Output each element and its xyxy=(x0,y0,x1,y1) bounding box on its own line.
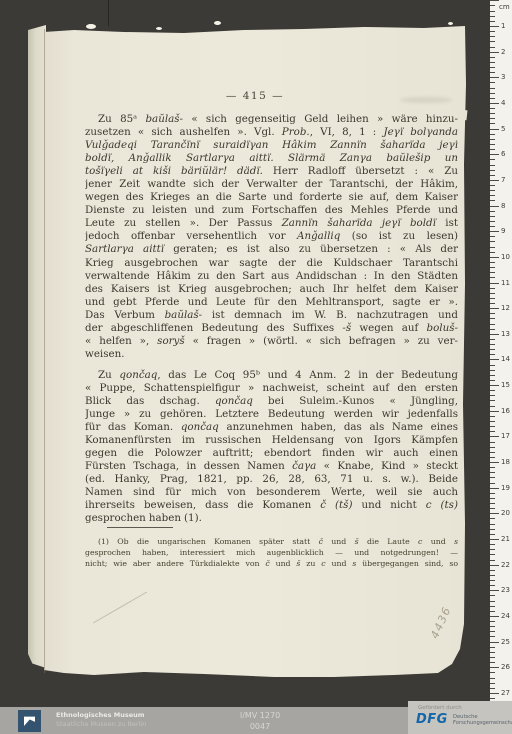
ruler-tick xyxy=(490,534,495,535)
ruler-tick xyxy=(490,180,499,181)
ruler-tick xyxy=(490,21,495,22)
ruler-number: 18 xyxy=(501,458,510,466)
ruler-number: 1 xyxy=(501,22,505,30)
ruler-tick xyxy=(490,185,495,186)
ruler-number: 23 xyxy=(501,586,510,594)
ruler-number: 26 xyxy=(501,663,510,671)
ruler-number: 27 xyxy=(501,689,510,697)
ruler-tick xyxy=(490,375,495,376)
ruler-number: 20 xyxy=(501,509,510,517)
ruler-tick xyxy=(490,698,495,699)
ruler-tick xyxy=(490,436,499,437)
ruler-tick xyxy=(490,554,495,555)
text-line: nicht; wie aber andere Türkdialekte von … xyxy=(85,558,458,569)
ruler-tick xyxy=(490,277,495,278)
footnote: (1) Ob die ungarischen Komanen später st… xyxy=(85,536,458,570)
ruler-number: 25 xyxy=(501,638,510,646)
page-gutter-crease xyxy=(44,29,45,673)
ink-smudge xyxy=(400,97,452,103)
text-line: gesprochen haben, interessiert mich auge… xyxy=(85,547,458,558)
ruler-tick xyxy=(490,359,499,360)
ruler-tick xyxy=(490,631,495,632)
ruler-tick xyxy=(490,667,499,668)
funding-label: Gefördert durch xyxy=(418,705,462,711)
ruler-tick xyxy=(490,123,495,124)
dfg-org-line2: Forschungsgemeinschaft xyxy=(453,720,512,726)
text-line: zusetzen « sich aushelfen ». Vgl. Prob.,… xyxy=(85,126,458,139)
text-line: Sartlarγa aittï geraten; es ist also zu … xyxy=(85,243,458,256)
ruler-tick xyxy=(490,472,495,473)
museum-name: Ethnologisches Museum xyxy=(56,711,145,719)
ruler-tick xyxy=(490,11,495,12)
ruler-tick xyxy=(490,672,495,673)
ruler-tick xyxy=(490,67,495,68)
ruler-tick xyxy=(490,82,495,83)
ruler-tick xyxy=(490,606,495,607)
text-line: der abgeschliffenen Bedeutung des Suffix… xyxy=(85,322,458,335)
ruler-tick xyxy=(490,565,499,566)
ruler-tick xyxy=(490,657,495,658)
ruler-tick xyxy=(490,575,495,576)
book-page: — 415 — Zu 85ᵃ baŭlaš- « sich gegenseiti… xyxy=(44,24,466,678)
ruler-tick xyxy=(490,236,495,237)
ruler-tick xyxy=(490,513,499,514)
ruler-number: 2 xyxy=(501,48,505,56)
ruler-tick xyxy=(490,442,495,443)
ruler-tick xyxy=(490,318,495,319)
ruler-tick xyxy=(490,52,499,53)
text-line: Dienste zu leisten und zum Fortschaffen … xyxy=(85,204,458,217)
ruler-tick xyxy=(490,380,495,381)
ruler-tick xyxy=(490,626,495,627)
ruler-tick xyxy=(490,303,495,304)
ruler-tick xyxy=(490,560,495,561)
footnote-rule xyxy=(107,527,173,528)
text-line: weisen. xyxy=(85,348,458,361)
ruler-tick xyxy=(490,26,499,27)
ruler-tick xyxy=(490,139,495,140)
ruler-tick xyxy=(490,339,495,340)
ruler-number: 19 xyxy=(501,484,510,492)
ruler-tick xyxy=(490,395,495,396)
ruler-tick xyxy=(490,467,495,468)
text-line: und gebt Pferde und Leute für den Mehltr… xyxy=(85,296,458,309)
page-body-text: Zu 85ᵃ baŭlaš- « sich gegenseitig Geld l… xyxy=(85,113,458,525)
ruler-tick xyxy=(490,108,495,109)
ruler-number: 15 xyxy=(501,381,510,389)
ruler-tick xyxy=(490,190,495,191)
text-line: Namen sind für mich von besonderem Werte… xyxy=(85,486,458,499)
ruler-tick xyxy=(490,329,495,330)
paper-scratch xyxy=(93,592,147,624)
ruler-tick xyxy=(490,62,495,63)
ruler-tick xyxy=(490,370,495,371)
ruler-tick xyxy=(490,616,499,617)
text-line: Fürsten Tschaga, in dessen Namen čaγa « … xyxy=(85,460,458,473)
handwritten-inventory-number: 4436 xyxy=(428,604,454,640)
paper-speck xyxy=(86,24,96,29)
ruler-tick xyxy=(490,601,495,602)
text-line: wegen des Krieges an die Sarte und forde… xyxy=(85,191,458,204)
ruler-tick xyxy=(490,365,495,366)
text-line: Leute zu stellen ». Der Passus Zannïn ša… xyxy=(85,217,458,230)
ruler-tick xyxy=(490,544,495,545)
scan-viewport: — 415 — Zu 85ᵃ baŭlaš- « sich gegenseiti… xyxy=(0,0,512,734)
ruler-number: 12 xyxy=(501,304,510,312)
ruler-tick xyxy=(490,678,495,679)
ruler-number: 3 xyxy=(501,73,505,81)
ruler-tick xyxy=(490,447,495,448)
ruler-tick xyxy=(490,5,495,6)
ruler-number: 14 xyxy=(501,355,510,363)
ruler-tick xyxy=(490,57,495,58)
ruler-tick xyxy=(490,72,495,73)
text-line: tošïγeli at kiši bäriŭlär! dädï. Herr Ra… xyxy=(85,165,458,178)
ruler-number: 6 xyxy=(501,150,505,158)
ruler-tick xyxy=(490,200,495,201)
museum-org: Staatliche Museen zu Berlin xyxy=(56,720,146,728)
ruler-tick xyxy=(490,354,495,355)
ruler-number: 7 xyxy=(501,176,505,184)
ruler-tick xyxy=(490,149,495,150)
ruler-tick xyxy=(490,652,495,653)
ruler-tick xyxy=(490,0,499,1)
text-line: Junge » zu gehören. Letztere Bedeutung w… xyxy=(85,408,458,421)
ruler-tick xyxy=(490,241,495,242)
ruler-tick xyxy=(490,570,495,571)
ruler-tick xyxy=(490,406,495,407)
text-line: verwaltende Hâkim zu den Sart aus Andids… xyxy=(85,270,458,283)
ruler-tick xyxy=(490,416,495,417)
ruler-number: 13 xyxy=(501,330,510,338)
ruler-tick xyxy=(490,590,499,591)
ruler-tick xyxy=(490,211,495,212)
ruler-tick xyxy=(490,493,495,494)
ruler-number: 4 xyxy=(501,99,505,107)
ruler-number: 11 xyxy=(501,279,510,287)
ruler-tick xyxy=(490,647,495,648)
ruler-tick xyxy=(490,477,495,478)
ruler-number: 22 xyxy=(501,561,510,569)
ruler-tick xyxy=(490,144,495,145)
ruler-tick xyxy=(490,349,495,350)
ruler-tick xyxy=(490,390,495,391)
paragraph: Zu qončaq, das Le Coq 95ᵇ und 4 Anm. 2 i… xyxy=(85,369,458,526)
ruler-tick xyxy=(490,595,495,596)
ruler-tick xyxy=(490,688,495,689)
background-seam xyxy=(108,0,109,26)
text-line: Krieg ausgebrochen war sagte der die Kul… xyxy=(85,257,458,270)
text-line: Blick das dschag. qončaq bei Suleim.-Kun… xyxy=(85,395,458,408)
ruler-tick xyxy=(490,16,495,17)
ruler-tick xyxy=(490,683,495,684)
ruler-tick xyxy=(490,31,495,32)
ruler-tick xyxy=(490,175,495,176)
ruler-tick xyxy=(490,611,495,612)
ruler-tick xyxy=(490,452,495,453)
ruler-number: 24 xyxy=(501,612,510,620)
paper-speck xyxy=(214,21,221,25)
funding-logo-block: Gefördert durch DFG Deutsche Forschungsg… xyxy=(408,701,512,734)
ruler-tick xyxy=(490,411,499,412)
ruler-tick xyxy=(490,508,495,509)
ruler-tick xyxy=(490,518,495,519)
ruler-tick xyxy=(490,539,499,540)
ruler-tick xyxy=(490,129,499,130)
ruler-tick xyxy=(490,283,499,284)
ruler-tick xyxy=(490,642,499,643)
ruler-tick xyxy=(490,488,499,489)
footer-bar: Ethnologisches Museum Staatliche Museen … xyxy=(0,707,512,734)
ruler-tick xyxy=(490,159,495,160)
ruler-tick xyxy=(490,98,495,99)
text-line: Komanenfürsten im russischen Heldensang … xyxy=(85,434,458,447)
ruler-tick xyxy=(490,529,495,530)
ruler-tick xyxy=(490,400,495,401)
text-line: jener Zeit wandte sich der Verwalter der… xyxy=(85,178,458,191)
ruler-tick xyxy=(490,298,495,299)
ruler-tick xyxy=(490,267,495,268)
text-line: boldï, Anǧallik Sartlarγa aittï. Slärmä … xyxy=(85,152,458,165)
ruler-tick xyxy=(490,426,495,427)
text-line: « helfen », soryš « fragen » (wörtl. « s… xyxy=(85,335,458,348)
ruler-tick xyxy=(490,113,495,114)
inventory-number: I/MV 1270 xyxy=(180,711,340,720)
paragraph: Zu 85ᵃ baŭlaš- « sich gegenseitig Geld l… xyxy=(85,113,458,361)
ruler-tick xyxy=(490,47,495,48)
ruler-tick xyxy=(490,216,495,217)
ruler-tick xyxy=(490,580,495,581)
text-line: (ed. Hanky, Prag, 1821, pp. 26, 28, 63, … xyxy=(85,473,458,486)
ruler-tick xyxy=(490,288,495,289)
ruler-tick xyxy=(490,621,495,622)
ruler-number: 10 xyxy=(501,253,510,261)
ruler: cm 1234567891011121314151617181920212223… xyxy=(490,0,512,707)
ruler-tick xyxy=(490,334,499,335)
ruler-tick xyxy=(490,324,495,325)
ruler-tick xyxy=(490,118,495,119)
ruler-tick xyxy=(490,262,495,263)
scan-number: 0047 xyxy=(180,722,340,731)
ruler-tick xyxy=(490,503,495,504)
text-line: (1) Ob die ungarischen Komanen später st… xyxy=(85,536,458,547)
ruler-number: 17 xyxy=(501,432,510,440)
ruler-tick xyxy=(490,585,495,586)
ruler-unit-label: cm xyxy=(499,3,510,11)
ruler-tick xyxy=(490,93,495,94)
ruler-tick xyxy=(490,693,499,694)
ruler-tick xyxy=(490,195,495,196)
text-line: jedoch offenbar versehentlich vor Anǧall… xyxy=(85,230,458,243)
ruler-number: 9 xyxy=(501,227,505,235)
ruler-tick xyxy=(490,36,495,37)
ruler-tick xyxy=(490,308,499,309)
text-line: für das Koman. qončaq anzunehmen haben, … xyxy=(85,421,458,434)
ruler-tick xyxy=(490,272,495,273)
ruler-tick xyxy=(490,421,495,422)
paper-speck xyxy=(448,22,453,25)
text-line: Zu qončaq, das Le Coq 95ᵇ und 4 Anm. 2 i… xyxy=(85,369,458,382)
ruler-tick xyxy=(490,498,495,499)
text-line: Vulǧadeqi Tarančïnï suraidïγan Hâkim Zan… xyxy=(85,139,458,152)
ruler-tick xyxy=(490,313,495,314)
museum-logo-icon xyxy=(18,710,41,732)
ruler-tick xyxy=(490,77,499,78)
ruler-tick xyxy=(490,457,495,458)
ruler-number: 5 xyxy=(501,125,505,133)
text-line: « Puppe, Schattenspielfigur » nachweist,… xyxy=(85,382,458,395)
ruler-tick xyxy=(490,134,495,135)
ruler-number: 8 xyxy=(501,202,505,210)
ruler-tick xyxy=(490,257,499,258)
dfg-logo: DFG xyxy=(416,712,448,727)
ruler-tick xyxy=(490,662,495,663)
ruler-tick xyxy=(490,462,499,463)
text-line: gesprochen haben (1). xyxy=(85,512,458,525)
text-line: Zu 85ᵃ baŭlaš- « sich gegenseitig Geld l… xyxy=(85,113,458,126)
text-line: des Kaisers ist Krieg ausgebrochen; auch… xyxy=(85,283,458,296)
dfg-org-name: Deutsche Forschungsgemeinschaft xyxy=(453,714,512,726)
ruler-tick xyxy=(490,41,495,42)
ruler-tick xyxy=(490,431,495,432)
paper-speck xyxy=(156,27,162,30)
ruler-tick xyxy=(490,103,499,104)
ruler-tick xyxy=(490,170,495,171)
museum-logo xyxy=(18,710,41,732)
ruler-tick xyxy=(490,231,499,232)
ruler-tick xyxy=(490,88,495,89)
ruler-number: 21 xyxy=(501,535,510,543)
ruler-tick xyxy=(490,636,495,637)
ruler-number: 16 xyxy=(501,407,510,415)
ruler-tick xyxy=(490,293,495,294)
ruler-tick xyxy=(490,483,495,484)
text-line: gegen die Polowzer auftritt; ebendort fi… xyxy=(85,447,458,460)
ruler-tick xyxy=(490,154,499,155)
ruler-tick xyxy=(490,549,495,550)
ruler-tick xyxy=(490,524,495,525)
ruler-tick xyxy=(490,247,495,248)
ruler-tick xyxy=(490,206,499,207)
ruler-tick xyxy=(490,252,495,253)
ruler-tick xyxy=(490,226,495,227)
text-line: ihrerseits beweisen, dass die Komanen č … xyxy=(85,499,458,512)
ruler-tick xyxy=(490,221,495,222)
text-line: Das Verbum baŭlaš- ist demnach im W. B. … xyxy=(85,309,458,322)
ruler-tick xyxy=(490,344,495,345)
ruler-tick xyxy=(490,165,495,166)
ruler-tick xyxy=(490,385,499,386)
